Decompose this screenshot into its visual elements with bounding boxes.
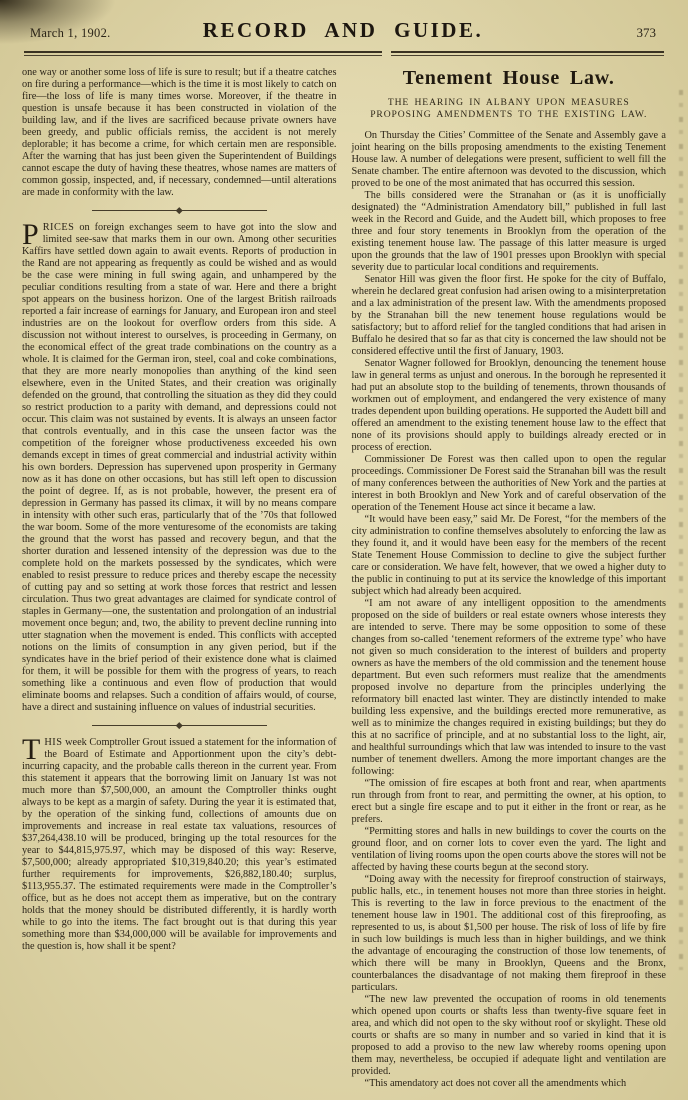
paragraph: Commissioner De Forest was then called u…: [352, 454, 667, 514]
dropcap-word-remainder: RICES: [43, 222, 75, 233]
paragraph: “This amendatory act does not cover all …: [352, 1078, 667, 1090]
paragraph: Senator Wagner followed for Brooklyn, de…: [352, 358, 667, 454]
paragraph: “The new law prevented the occupation of…: [352, 994, 667, 1078]
dropcap-word-remainder: HIS: [44, 737, 62, 748]
article-body: On Thursday the Cities’ Committee of the…: [352, 130, 667, 1090]
paragraph: “It would have been easy,” said Mr. De F…: [352, 514, 667, 598]
issue-date: March 1, 1902.: [30, 26, 190, 41]
paragraph: “The omission of fire escapes at both fr…: [352, 778, 667, 826]
divider-diamond-icon: [176, 722, 182, 728]
paragraph: THIS week Comptroller Grout issued a sta…: [22, 737, 337, 953]
paragraph: PRICES on foreign exchanges seem to have…: [22, 222, 337, 714]
section-divider: [92, 210, 267, 211]
publication-title: RECORD AND GUIDE.: [190, 18, 496, 43]
divider-diamond-icon: [176, 207, 182, 213]
paragraph: “I am not aware of any intelligent oppos…: [352, 598, 667, 778]
paragraph: On Thursday the Cities’ Committee of the…: [352, 130, 667, 190]
running-head: March 1, 1902. RECORD AND GUIDE. 373: [22, 14, 666, 49]
paragraph: The bills considered were the Stranahan …: [352, 190, 667, 274]
column-layout: one way or another some loss of life is …: [22, 67, 666, 1090]
right-column: Tenement House Law. THE HEARING IN ALBAN…: [352, 67, 667, 1090]
paragraph: one way or another some loss of life is …: [22, 67, 337, 199]
article-title: Tenement House Law.: [352, 67, 667, 90]
paragraph: Senator Hill was given the floor first. …: [352, 274, 667, 358]
section-divider: [92, 725, 267, 726]
header-rule: [24, 51, 664, 56]
header-rule-left: [24, 51, 382, 56]
header-rule-right: [391, 51, 664, 56]
dropcap-letter: T: [22, 737, 44, 761]
dropcap-letter: P: [22, 222, 43, 246]
left-column: one way or another some loss of life is …: [22, 67, 337, 1090]
newspaper-page: March 1, 1902. RECORD AND GUIDE. 373 one…: [0, 0, 688, 1090]
paragraph: “Permitting stores and halls in new buil…: [352, 826, 667, 874]
paragraph: “Doing away with the necessity for firep…: [352, 874, 667, 994]
article-subtitle: THE HEARING IN ALBANY UPON MEASURES PROP…: [359, 97, 659, 121]
page-number: 373: [496, 25, 660, 41]
